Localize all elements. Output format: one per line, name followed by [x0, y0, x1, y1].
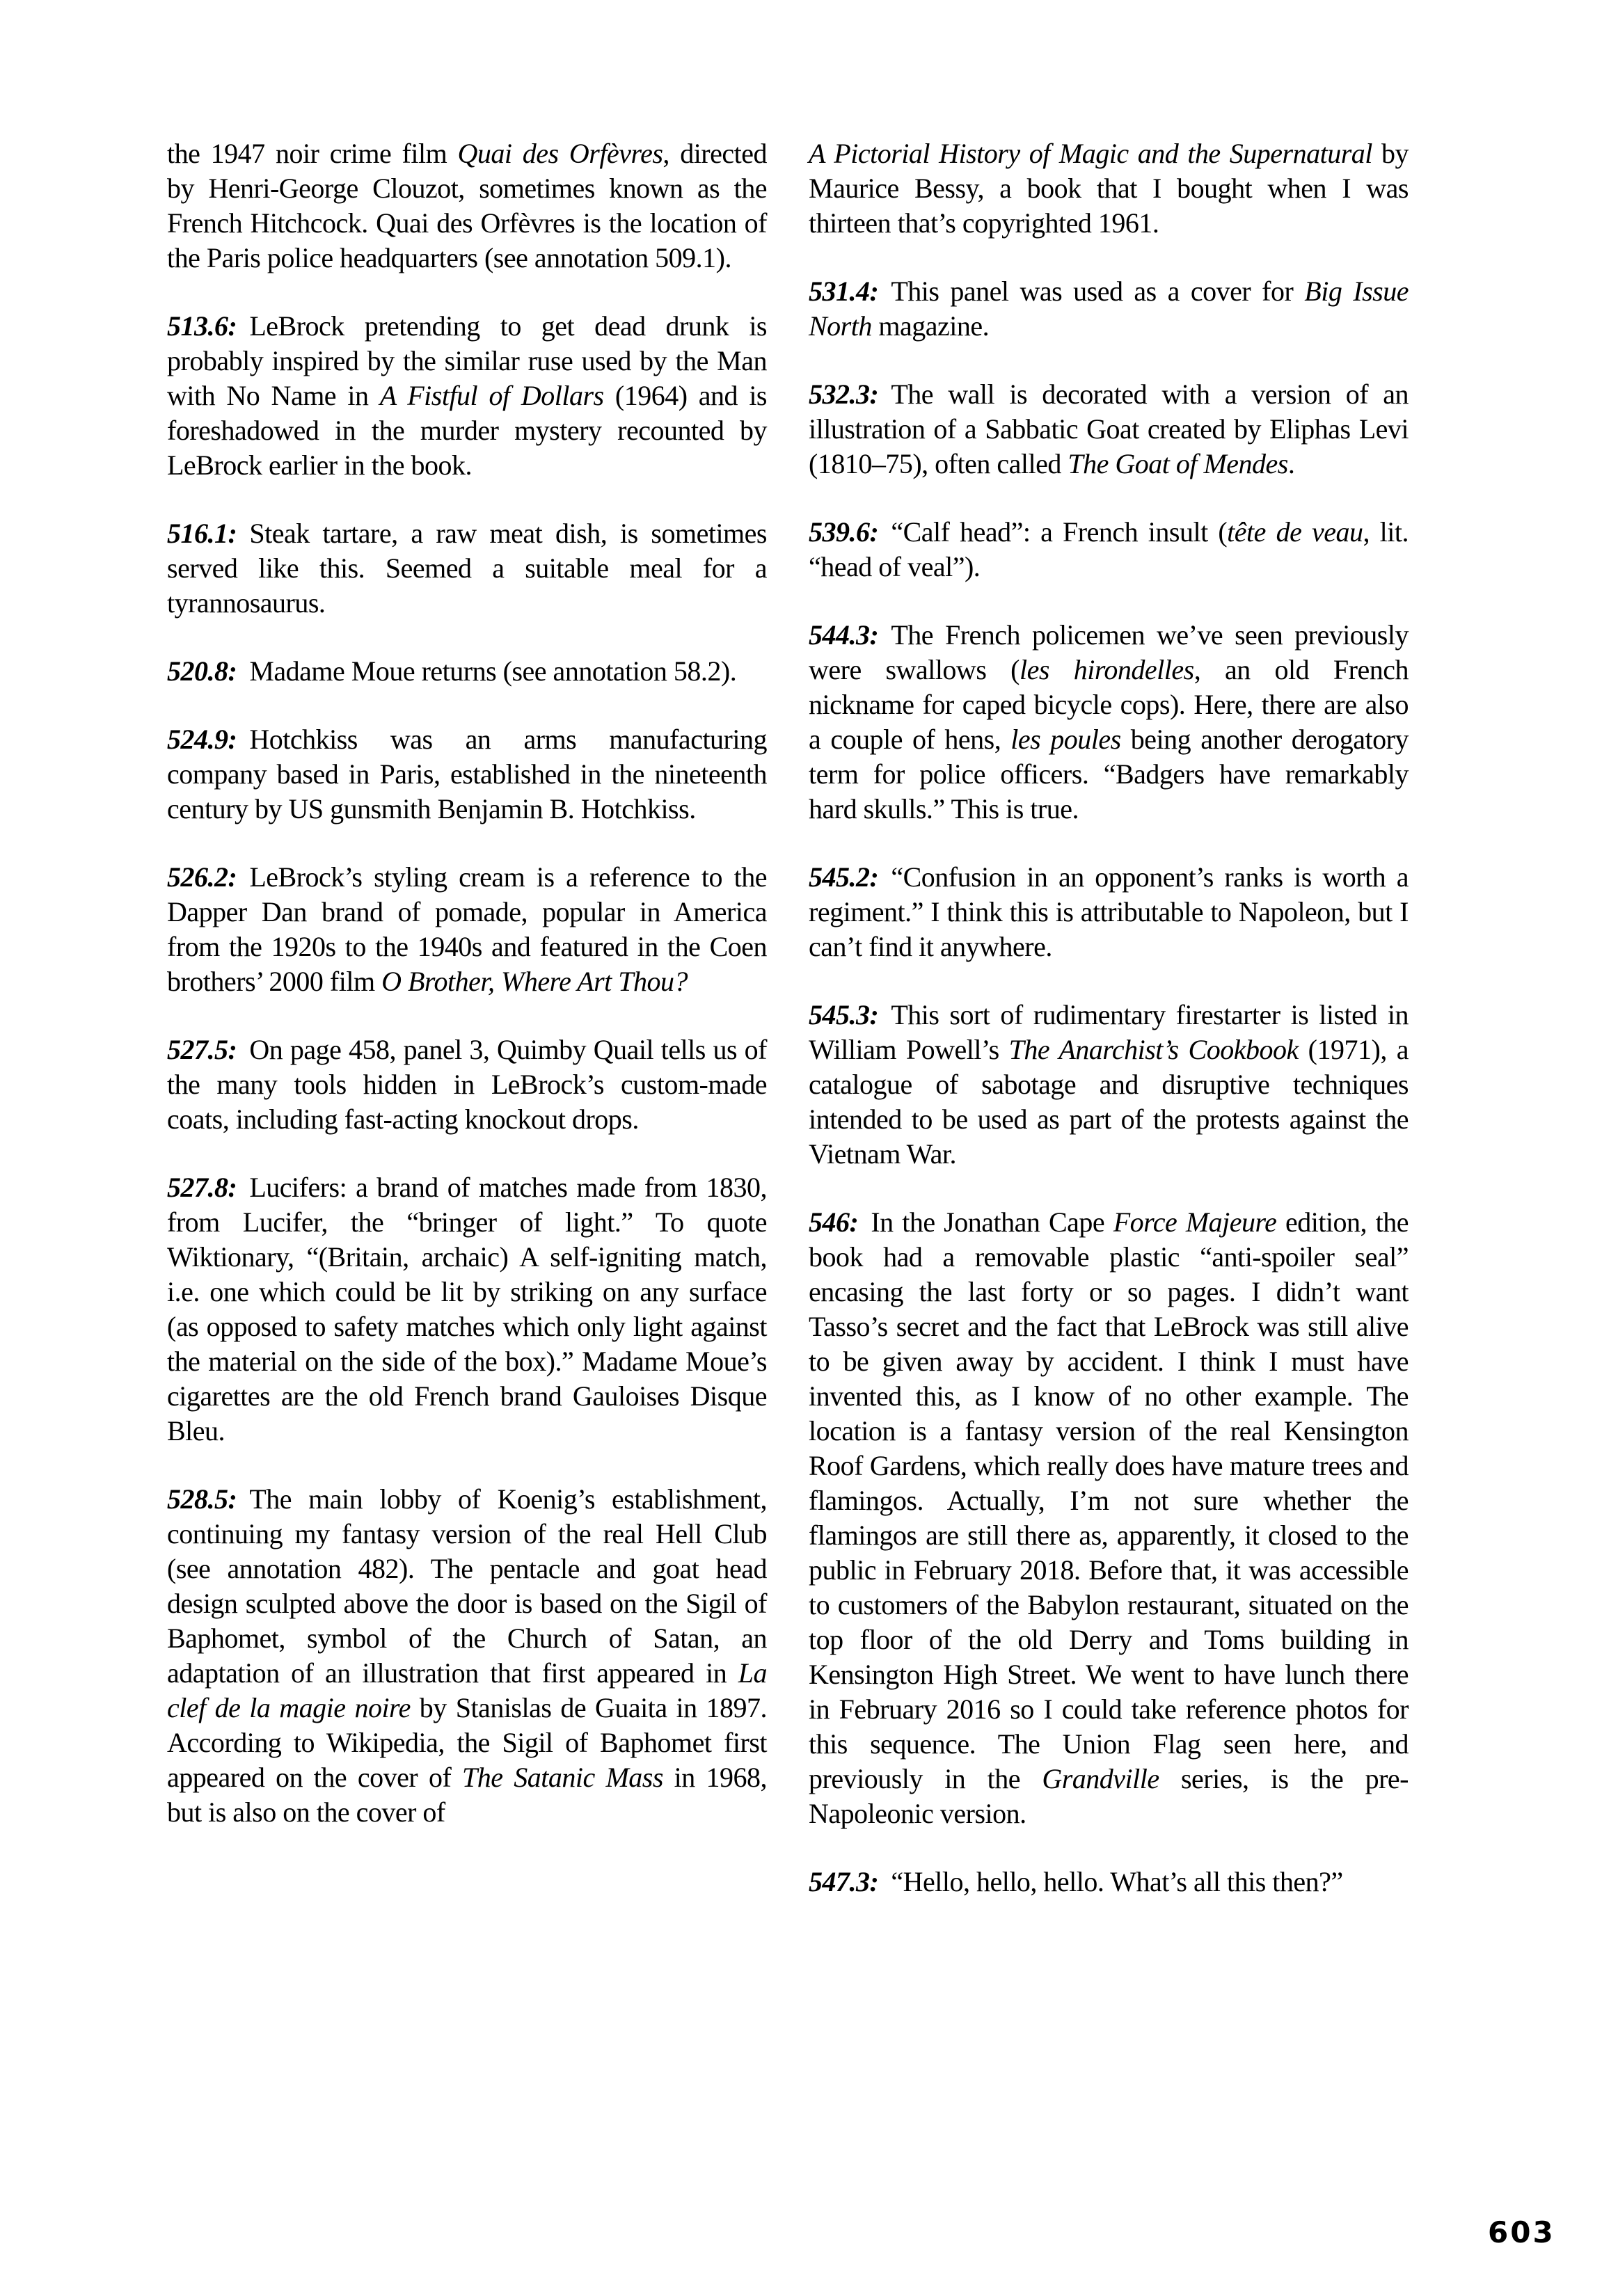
annotation-547-3: 547.3:“Hello, hello, hello. What’s all t… [809, 1865, 1409, 1899]
text-run: The main lobby of Koenig’s establishment… [167, 1483, 767, 1689]
text-run: “Hello, hello, hello. What’s all this th… [891, 1866, 1342, 1897]
annotation-number: 545.2: [809, 861, 878, 893]
annotation-number: 532.3: [809, 378, 878, 410]
annotation-number: 527.5: [167, 1034, 237, 1065]
text-run: Hotchkiss was an arms manufacturing comp… [167, 724, 767, 824]
text-run: “Calf head”: a French insult ( [891, 516, 1227, 548]
italic-text-run: O Brother, Where Art Thou? [381, 966, 688, 997]
italic-text-run: The Anarchist’s Cookbook [1009, 1034, 1299, 1065]
annotation-number: 545.3: [809, 999, 878, 1030]
annotation-number: 516.1: [167, 518, 237, 549]
annotation-528-5: 528.5:The main lobby of Koenig’s establi… [167, 1482, 767, 1830]
italic-text-run: The Satanic Mass [462, 1762, 663, 1793]
italic-text-run: Quai des Orfèvres [458, 138, 663, 169]
annotation-527-8: 527.8:Lucifers: a brand of matches made … [167, 1170, 767, 1449]
annotation-524-9: 524.9:Hotchkiss was an arms manufacturin… [167, 722, 767, 827]
annotation-520-8: 520.8:Madame Moue returns (see annotatio… [167, 654, 767, 689]
text-columns: the 1947 noir crime film Quai des Orfèvr… [167, 136, 1409, 1899]
annotation-526-2: 526.2:LeBrock’s styling cream is a refer… [167, 860, 767, 999]
annotation-number: 520.8: [167, 655, 237, 687]
italic-text-run: A Fistful of Dollars [380, 380, 604, 411]
text-run: Madame Moue returns (see annotation 58.2… [249, 655, 736, 687]
annotation-513-6: 513.6:LeBrock pretending to get dead dru… [167, 309, 767, 483]
annotation-545-3: 545.3:This sort of rudimentary firestart… [809, 998, 1409, 1172]
annotation-number: 524.9: [167, 724, 237, 755]
text-run: edition, the book had a removable plasti… [809, 1206, 1409, 1794]
text-run: Lucifers: a brand of matches made from 1… [167, 1172, 767, 1446]
annotation-number: 513.6: [167, 310, 237, 342]
annotation-number: 526.2: [167, 861, 237, 893]
italic-text-run: les hirondelles [1020, 654, 1194, 685]
text-run: Steak tartare, a raw meat dish, is somet… [167, 518, 767, 619]
annotation-number: 528.5: [167, 1483, 237, 1515]
italic-text-run: Grandville [1042, 1763, 1159, 1794]
annotation-number: 544.3: [809, 619, 878, 651]
annotation-544-3: 544.3:The French policemen we’ve seen pr… [809, 618, 1409, 827]
book-page: the 1947 noir crime film Quai des Orfèvr… [0, 0, 1618, 2296]
annotation-516-1: 516.1:Steak tartare, a raw meat dish, is… [167, 516, 767, 621]
annotation-number: 531.4: [809, 276, 878, 307]
text-run: . [1288, 448, 1295, 479]
italic-text-run: les poules [1010, 724, 1120, 755]
text-run: In the Jonathan Cape [871, 1206, 1113, 1238]
italic-text-run: The Goat of Mendes [1068, 448, 1288, 479]
italic-text-run: Force Majeure [1113, 1206, 1277, 1238]
annotation-532-3: 532.3:The wall is decorated with a versi… [809, 377, 1409, 481]
italic-text-run: tête de veau [1227, 516, 1363, 548]
annotation-527-5: 527.5:On page 458, panel 3, Quimby Quail… [167, 1033, 767, 1137]
page-number: 603 [1488, 2218, 1555, 2247]
annotation-number: 547.3: [809, 1866, 878, 1897]
annotation-539-6: 539.6:“Calf head”: a French insult (tête… [809, 515, 1409, 584]
annotation-546: 546:In the Jonathan Cape Force Majeure e… [809, 1205, 1409, 1831]
left-column: the 1947 noir crime film Quai des Orfèvr… [167, 136, 767, 1899]
text-run: On page 458, panel 3, Quimby Quail tells… [167, 1034, 767, 1135]
right-column: A Pictorial History of Magic and the Sup… [809, 136, 1409, 1899]
annotation-number: 539.6: [809, 516, 878, 548]
italic-text-run: A Pictorial History of Magic and the Sup… [809, 138, 1372, 169]
text-run: magazine. [872, 310, 989, 342]
text-run: This panel was used as a cover for [891, 276, 1304, 307]
annotation-number: 527.8: [167, 1172, 237, 1203]
continuation-paragraph: A Pictorial History of Magic and the Sup… [809, 136, 1409, 241]
text-run: the 1947 noir crime film [167, 138, 458, 169]
annotation-545-2: 545.2:“Confusion in an opponent’s ranks … [809, 860, 1409, 964]
text-run: “Confusion in an opponent’s ranks is wor… [809, 861, 1409, 962]
annotation-number: 546: [809, 1206, 858, 1238]
annotation-531-4: 531.4:This panel was used as a cover for… [809, 274, 1409, 344]
continuation-paragraph: the 1947 noir crime film Quai des Orfèvr… [167, 136, 767, 276]
